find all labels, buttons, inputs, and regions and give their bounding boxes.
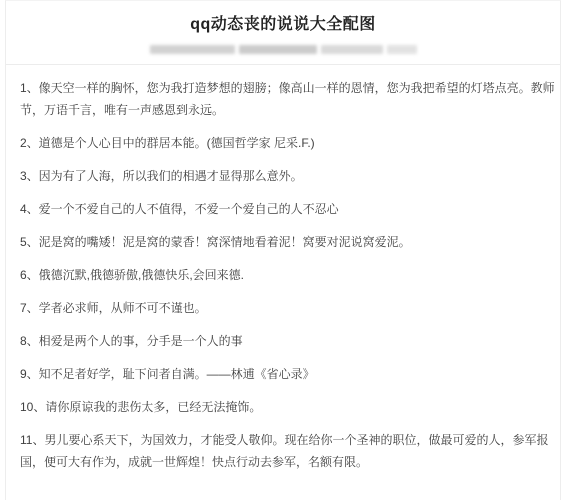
page-title: qq动态丧的说说大全配图 — [6, 16, 560, 34]
list-item: 6、俄德沉默,俄德骄傲,俄德快乐,会回来德. — [20, 264, 555, 286]
list-item: 7、学者必求师，从师不可不谨也。 — [20, 297, 555, 319]
list-item: 10、请你原谅我的悲伤太多，已经无法掩饰。 — [20, 396, 555, 418]
list-item: 5、泥是窝的嘴矮！泥是窝的蒙香！窝深情地看着泥！窝要对泥说窝爱泥。 — [20, 231, 555, 253]
list-item: 2、道德是个人心目中的群居本能。(德国哲学家 尼采.F.) — [20, 132, 555, 154]
article-body: 1、像天空一样的胸怀，您为我打造梦想的翅膀；像高山一样的恩情，您为我把希望的灯塔… — [6, 65, 560, 473]
redacted-block — [321, 45, 383, 54]
byline-redacted — [6, 45, 560, 54]
article-header: qq动态丧的说说大全配图 — [6, 1, 560, 65]
list-item: 4、爱一个不爱自己的人不值得，不爱一个爱自己的人不忍心 — [20, 198, 555, 220]
list-item: 8、相爱是两个人的事，分手是一个人的事 — [20, 330, 555, 352]
redacted-block — [387, 45, 417, 54]
redacted-block — [239, 45, 317, 54]
list-item: 11、男儿要心系天下，为国效力，才能受人敬仰。现在给你一个圣神的职位，做最可爱的… — [20, 429, 555, 473]
list-item: 3、因为有了人海，所以我们的相遇才显得那么意外。 — [20, 165, 555, 187]
article-card: qq动态丧的说说大全配图 1、像天空一样的胸怀，您为我打造梦想的翅膀；像高山一样… — [5, 0, 561, 500]
list-item: 9、知不足者好学，耻下问者自满。——林逋《省心录》 — [20, 363, 555, 385]
list-item: 1、像天空一样的胸怀，您为我打造梦想的翅膀；像高山一样的恩情，您为我把希望的灯塔… — [20, 77, 555, 121]
redacted-block — [150, 45, 235, 54]
